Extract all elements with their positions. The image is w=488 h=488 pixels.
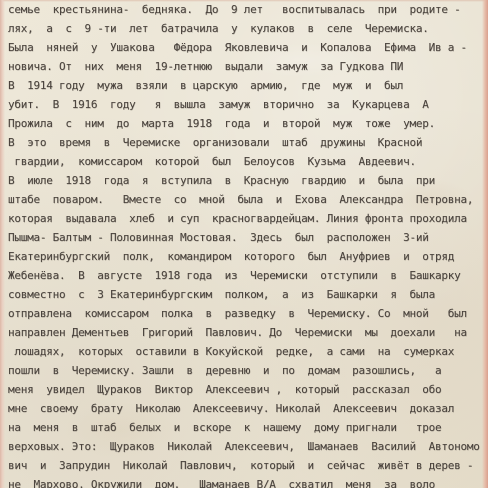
text-line: В это время в Черемиске организовали шта… — [8, 133, 488, 152]
text-line: Екатеринбургский полк, командиром которо… — [8, 247, 488, 266]
text-line: которая выдавала хлеб и суп красногварде… — [8, 209, 488, 228]
text-line: пошли в Черемиску. Зашли в деревню и по … — [8, 361, 488, 380]
text-line: Прожила с ним до марта 1918 года и второ… — [8, 114, 488, 133]
scan-edge-top — [0, 0, 488, 2]
text-line: меня увидел Щураков Виктор Алексеевич , … — [8, 380, 488, 399]
text-line: верховых. Это: Щураков Николай Алексееви… — [8, 437, 488, 456]
text-line: на меня в штаб белых и вскоре к нашему д… — [8, 418, 488, 437]
text-line: Жебенёва. В августе 1918 года из Черемис… — [8, 266, 488, 285]
text-line: В июле 1918 года я вступила в Красную гв… — [8, 171, 488, 190]
text-line: мне своему брату Николаю Алексеевичу. Ни… — [8, 399, 488, 418]
typewritten-text-block: семье крестьянина- бедняка. До 9 лет вос… — [8, 0, 488, 488]
text-line: отправлена комиссаром полка в разведку в… — [8, 304, 488, 323]
text-line: не Мархово. Окружили дом. Шаманаев В/А с… — [8, 475, 488, 488]
scanned-document-page: семье крестьянина- бедняка. До 9 лет вос… — [0, 0, 488, 488]
text-line: В 1914 году мужа взяли в царскую армию, … — [8, 76, 488, 95]
text-line: штабе поваром. Вместе со мной была и Ехо… — [8, 190, 488, 209]
text-line: гвардии, комиссаром которой был Белоусов… — [8, 152, 488, 171]
text-line: семье крестьянина- бедняка. До 9 лет вос… — [8, 0, 488, 19]
text-line: лях, а с 9 -ти лет батрачила у кулаков в… — [8, 19, 488, 38]
scan-edge-right — [482, 0, 488, 488]
text-line: Пышма- Балтым - Половинная Мостовая. Зде… — [8, 228, 488, 247]
text-line: вич и Запрудин Николай Павлович, который… — [8, 456, 488, 475]
text-line: направлен Дементьев Григорий Павлович. Д… — [8, 323, 488, 342]
text-line: новича. От них меня 19-летнюю выдали зам… — [8, 57, 488, 76]
scan-edge-left — [0, 0, 5, 488]
text-line: совместно с 3 Екатеринбургским полком, а… — [8, 285, 488, 304]
text-line: убит. В 1916 году я вышла замуж вторично… — [8, 95, 488, 114]
text-line: лошадях, которых оставили в Кокуйской ре… — [8, 342, 488, 361]
text-line: Была няней у Ушакова Фёдора Яковлевича и… — [8, 38, 488, 57]
